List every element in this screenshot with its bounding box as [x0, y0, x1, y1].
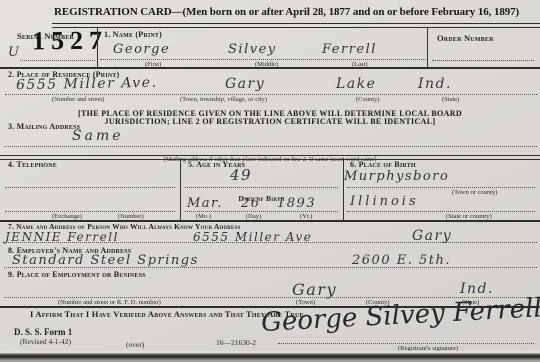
mailing-address-label: 3. Mailing Address — [8, 122, 80, 131]
birthplace-state-caption: (State or country) — [446, 213, 492, 220]
telephone-writing-line2 — [5, 211, 175, 212]
name-first-value: George — [113, 42, 170, 57]
employer-address-value: 2600 E. 5th. — [352, 253, 451, 268]
birthplace-label: 6. Place of Birth — [350, 160, 416, 169]
over-note: (over) — [126, 340, 144, 349]
telephone-writing-line1 — [5, 187, 175, 188]
name-label: 1. Name (Print) — [104, 30, 162, 39]
dob-month-caption: (Mo.) — [196, 213, 211, 220]
name-writing-line — [100, 59, 426, 60]
serial-name-divider — [97, 28, 98, 68]
telephone-exchange-caption: (Exchange) — [52, 213, 82, 220]
residence-town-value: Gary — [225, 76, 265, 92]
name-middle-value: Silvey — [228, 42, 277, 57]
birthplace-state-line — [347, 211, 535, 212]
header-double-rule — [52, 23, 540, 28]
residence-street-value: 6555 Miller Ave. — [16, 75, 158, 93]
scan-edge-band — [0, 351, 540, 362]
mailing-double-rule — [0, 155, 540, 160]
telephone-label: 4. Telephone — [8, 160, 57, 169]
mailing-writing-line — [4, 146, 537, 147]
residence-street-caption: (Number and street) — [52, 96, 104, 103]
jurisdiction-notice-line2: JURISDICTION; LINE 2 OF REGISTRATION CER… — [0, 111, 540, 129]
residence-writing-line — [5, 94, 537, 95]
form-revised: (Revised 4-1-42) — [20, 337, 71, 346]
name-last-value: Ferrell — [322, 42, 377, 57]
residence-county-value: Lake — [336, 76, 376, 92]
age-value: 49 — [230, 166, 252, 184]
form-name: D. S. S. Form 1 — [14, 327, 72, 337]
dob-month-value: Mar. — [187, 196, 223, 211]
signature-writing-line — [278, 343, 534, 344]
dob-day-value: 26 — [241, 196, 261, 211]
employment-state-value: Ind. — [460, 281, 494, 297]
dob-writing-line — [185, 211, 338, 212]
order-writing-line — [432, 60, 534, 61]
telephone-number-caption: (Number) — [118, 213, 144, 220]
residence-town-caption: (Town, township, village, or city) — [180, 96, 267, 103]
serial-prefix-value: U — [8, 45, 20, 60]
residence-county-caption: (County) — [356, 96, 379, 103]
employer-writing-line — [4, 267, 537, 268]
name-order-divider — [427, 28, 428, 68]
dob-year-caption: (Yr.) — [300, 213, 312, 220]
order-number-label: Order Number — [437, 33, 494, 43]
age-birth-divider — [343, 158, 344, 220]
employer-name-value: Standard Steel Springs — [12, 253, 199, 268]
residence-state-value: Ind. — [418, 76, 452, 92]
dob-day-caption: (Day) — [246, 213, 261, 220]
row1-bottom-rule — [0, 67, 540, 69]
serial-writing-line — [20, 60, 95, 61]
card-title: REGISTRATION CARD—(Men born on or after … — [54, 6, 519, 18]
registration-card: REGISTRATION CARD—(Men born on or after … — [0, 0, 540, 362]
employment-street-caption: (Number and street or R. F. D. number) — [58, 299, 161, 306]
dob-year-value: 1893 — [277, 196, 316, 211]
mailing-address-value: Same — [72, 128, 124, 144]
birthplace-town-line — [347, 187, 535, 188]
birthplace-town-value: Murphysboro — [344, 169, 449, 184]
employment-label: 9. Place of Employment or Business — [8, 270, 146, 279]
residence-state-caption: (State) — [442, 96, 459, 103]
birthplace-town-caption: (Town or county) — [452, 189, 497, 196]
contact-writing-line — [4, 242, 537, 243]
telephone-age-divider — [180, 158, 181, 220]
birthplace-state-value: Illinois — [350, 194, 419, 209]
print-code: 16—21630-2 — [216, 338, 256, 347]
jurisdiction-notice-line2-text: JURISDICTION; LINE 2 OF REGISTRATION CER… — [105, 117, 436, 126]
